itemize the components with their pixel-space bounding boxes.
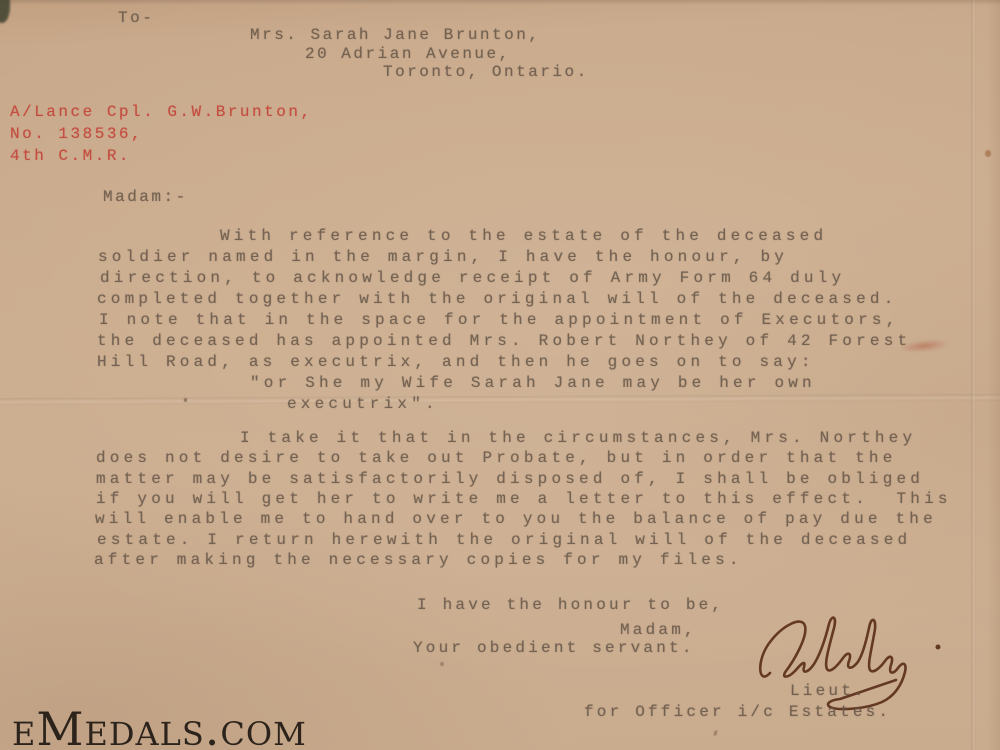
- body-line: I note that in the space for the appoint…: [99, 312, 900, 328]
- body-line: I take it that in the circumstances, Mrs…: [240, 430, 916, 446]
- body-line: the deceased has appointed Mrs. Robert N…: [97, 333, 911, 349]
- body-line: "or She my Wife Sarah Jane may be her ow…: [250, 375, 816, 391]
- signature-capacity: for Officer i/c Estates.: [584, 704, 891, 720]
- body-line: soldier named in the margin, I have the …: [98, 249, 788, 265]
- body-line: will enable me to hand over to you the b…: [95, 511, 937, 527]
- body-line: after making the necessary copies for my…: [94, 552, 743, 568]
- paper-right-edge-shadow: [987, 0, 1000, 750]
- fold-crease-vertical: [971, 0, 976, 750]
- body-line: direction, to acknowledge receipt of Arm…: [100, 270, 845, 286]
- body-line: matter may be satisfactorily disposed of…: [96, 471, 924, 487]
- body-line: completed together with the original wil…: [97, 291, 898, 307]
- closing-line: Your obedient servant.: [413, 640, 695, 656]
- watermark-emedals: eMedals.com: [12, 706, 307, 750]
- recipient-line: Mrs. Sarah Jane Brunton,: [250, 27, 540, 43]
- body-line: if you will get her to write me a letter…: [96, 491, 952, 507]
- recipient-line: 20 Adrian Avenue,: [305, 46, 511, 62]
- service-reference-line: 4th C.M.R.: [10, 148, 131, 164]
- ink-speck: [184, 398, 187, 402]
- body-line: executrix".: [287, 396, 439, 412]
- service-reference-line: No. 138536,: [10, 126, 143, 142]
- salutation: Madam:-: [103, 189, 188, 205]
- recipient-line: Toronto, Ontario.: [383, 64, 589, 80]
- signature-rank: Lieut.: [790, 683, 867, 699]
- body-line: does not desire to take out Probate, but…: [96, 450, 897, 466]
- paper-top-edge-shadow: [0, 0, 1000, 5]
- body-line: Hill Road, as executrix, and then he goe…: [97, 354, 815, 370]
- body-line: estate. I return herewith the original w…: [97, 532, 911, 548]
- to-label: To-: [118, 10, 154, 26]
- body-line: With reference to the estate of the dece…: [220, 228, 827, 244]
- closing-line: Madam,: [620, 622, 697, 638]
- scanned-letter-screenshot: To- Mrs. Sarah Jane Brunton, 20 Adrian A…: [0, 0, 1000, 750]
- service-reference-line: A/Lance Cpl. G.W.Brunton,: [10, 104, 313, 120]
- rust-speck: [985, 150, 991, 157]
- ink-speck: [440, 662, 444, 666]
- closing-line: I have the honour to be,: [417, 597, 724, 613]
